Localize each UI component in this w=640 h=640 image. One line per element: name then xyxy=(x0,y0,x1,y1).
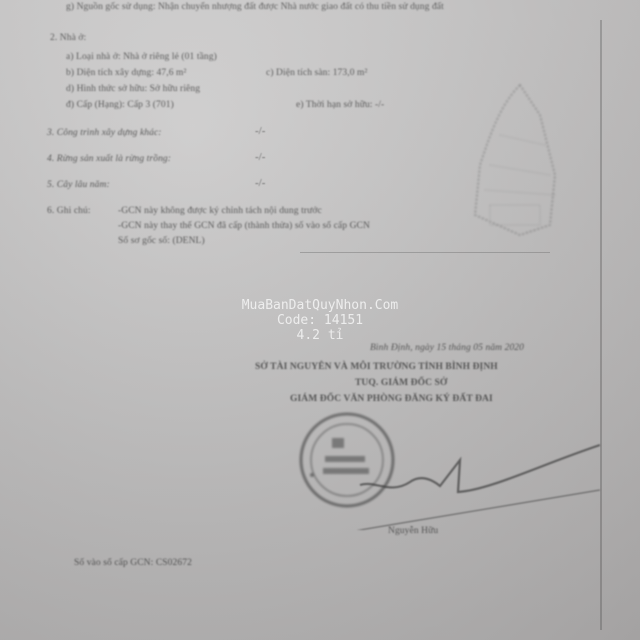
parcel-sketch xyxy=(460,75,570,245)
section-3-label: 3. Công trình xây dựng khác: xyxy=(47,128,162,138)
notes-line-1: -GCN này không được ký chỉnh tách nội du… xyxy=(118,206,322,216)
notes-label: 6. Ghi chú: xyxy=(47,206,91,216)
land-origin-line: g) Nguồn gốc sử dụng: Nhận chuyển nhượng… xyxy=(66,2,444,12)
ownership-term: e) Thời hạn sở hữu: -/- xyxy=(296,100,384,110)
authority-office: GIÁM ĐỐC VĂN PHÒNG ĐĂNG KÝ ĐẤT ĐAI xyxy=(290,394,493,404)
notes-line-2: -GCN này thay thế GCN đã cấp (thành thửa… xyxy=(118,221,370,231)
issue-date: Bình Định, ngày 15 tháng 05 năm 2020 xyxy=(370,343,524,353)
sketch-baseline xyxy=(300,252,550,253)
section-2-heading: 2. Nhà ở: xyxy=(50,33,86,43)
section-5-value: -/- xyxy=(255,177,265,189)
authority-dept: SỞ TÀI NGUYÊN VÀ MÔI TRƯỜNG TỈNH BÌNH ĐỊ… xyxy=(255,362,498,372)
house-type: a) Loại nhà ở: Nhà ở riêng lẻ (01 tầng) xyxy=(66,52,217,62)
section-4-value: -/- xyxy=(255,151,265,163)
notes-line-3: Số sơ gốc số: (DENL) xyxy=(118,236,205,246)
section-5-label: 5. Cây lâu năm: xyxy=(47,180,110,190)
construction-area: b) Diện tích xây dựng: 47,6 m² xyxy=(66,68,187,78)
watermark-price: 4.2 tỉ xyxy=(0,328,640,343)
house-grade: đ) Cấp (Hạng): Cấp 3 (701) xyxy=(66,100,174,110)
authority-title: TUQ. GIÁM ĐỐC SỞ xyxy=(355,378,447,388)
signer-name: Nguyễn Hữu xyxy=(388,526,438,536)
ownership-form: d) Hình thức sở hữu: Sở hữu riêng xyxy=(66,84,200,94)
watermark-site: MuaBanDatQuyNhon.Com xyxy=(0,298,640,313)
watermark-code: Code: 14151 xyxy=(0,313,640,328)
registry-number: Số vào sổ cấp GCN: CS02672 xyxy=(74,558,192,568)
floor-area: c) Diện tích sàn: 173,0 m² xyxy=(266,68,367,78)
section-3-value: -/- xyxy=(255,125,265,137)
signature xyxy=(300,420,600,530)
document-page: g) Nguồn gốc sử dụng: Nhận chuyển nhượng… xyxy=(0,0,640,640)
section-4-label: 4. Rừng sản xuất là rừng trồng: xyxy=(47,154,171,164)
